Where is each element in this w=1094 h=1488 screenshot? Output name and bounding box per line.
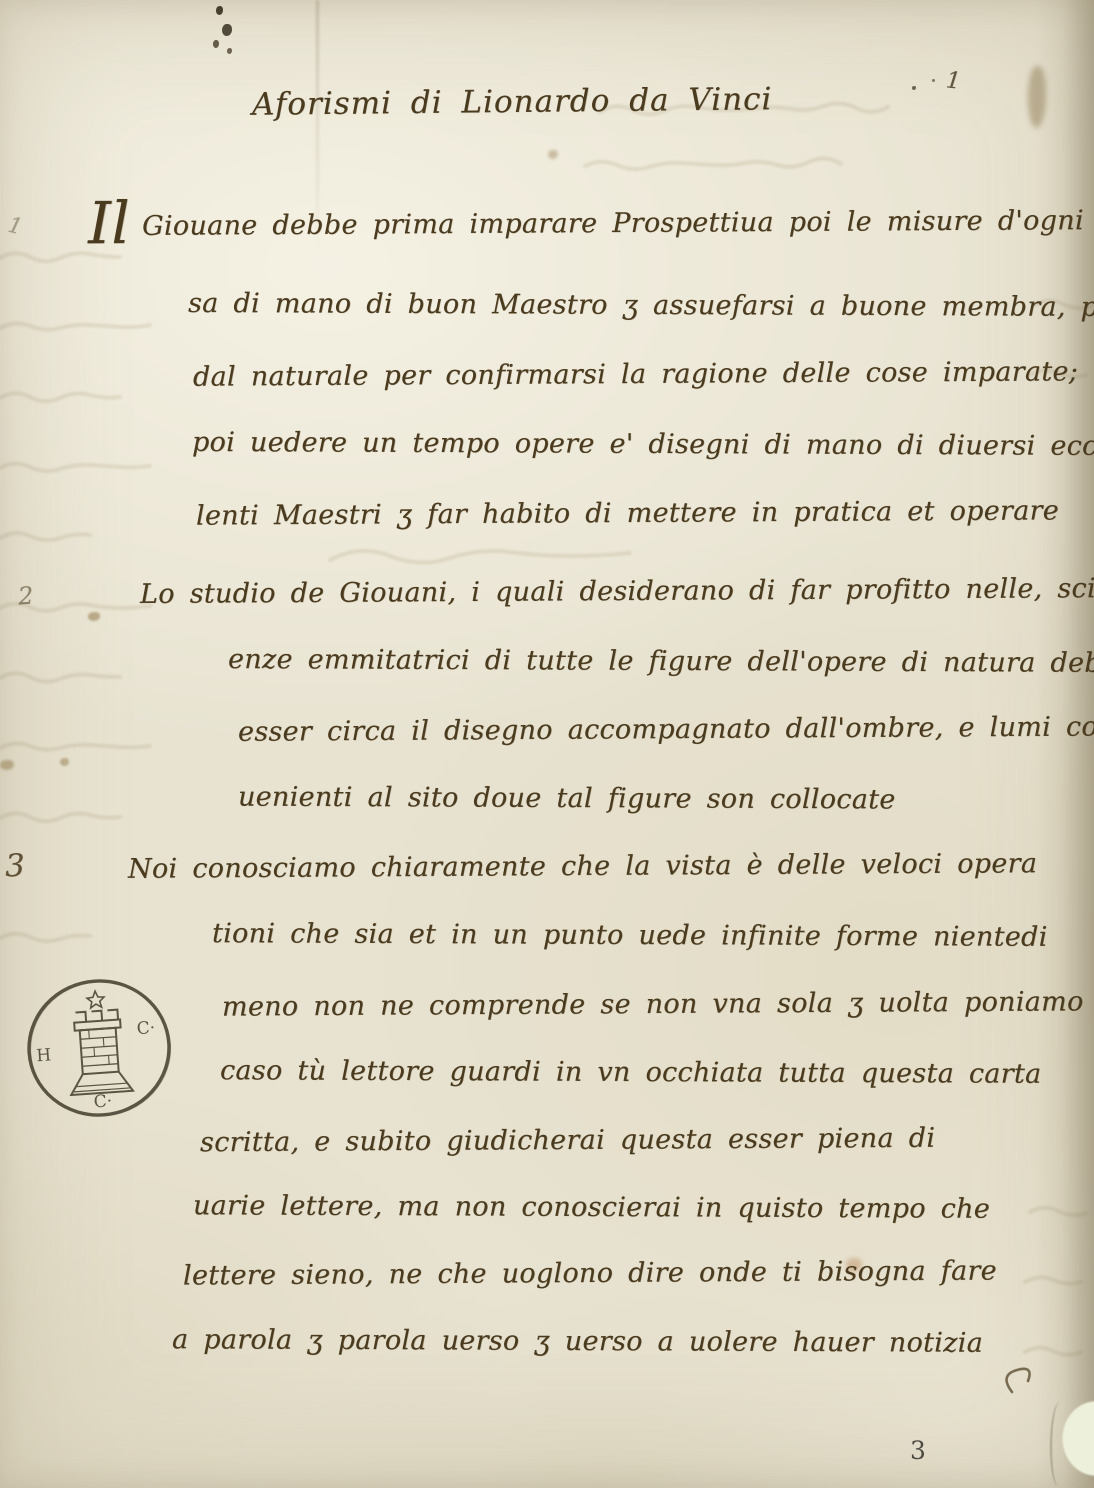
stain [88, 612, 100, 621]
stamp-letter-right: C· [136, 1018, 156, 1039]
page-number: 3 [910, 1436, 926, 1465]
page-title: Aforismi di Lionardo da Vinci [252, 81, 773, 122]
manuscript-page: Aforismi di Lionardo da Vinci 1 1 2 3 Il… [0, 0, 1094, 1488]
text-line: enze emmitatrici di tutte le figure dell… [228, 644, 1094, 679]
ink-spot [213, 40, 219, 48]
torn-edge-crease [1050, 1402, 1068, 1486]
stain [0, 760, 14, 770]
text-line: lettere sieno, ne che uoglono dire onde … [183, 1256, 997, 1292]
ink-spot [222, 24, 232, 36]
text-line: uarie lettere, ma non conoscierai in qui… [193, 1190, 990, 1224]
text-line: lenti Maestri ʒ far habito di mettere in… [196, 495, 1059, 531]
stamp-letter-bottom: C· [93, 1091, 113, 1112]
text-line: uenienti al sito doue tal figure son col… [238, 782, 896, 816]
text-line: dal naturale per confirmarsi la ragione … [193, 356, 1078, 392]
text-line: tioni che sia et in un punto uede infini… [212, 918, 1048, 953]
text-line: a parola ʒ parola uerso ʒ uerso a uolere… [172, 1324, 983, 1359]
ink-spot [227, 48, 232, 54]
text-line: Noi conosciamo chiaramente che la vista … [128, 848, 1037, 885]
paragraph-number-1: 1 [5, 213, 25, 241]
text-line: Lo studio de Giouani, i quali desiderano… [140, 573, 1094, 610]
ink-spot [216, 6, 223, 15]
stain [548, 150, 558, 159]
stain [1028, 66, 1046, 128]
flourished-initial: Il [88, 189, 130, 257]
ink-dot [912, 86, 916, 90]
paragraph-number-2: 2 [17, 582, 34, 611]
text-line: meno non ne comprende se non vna sola ʒ … [222, 986, 1084, 1022]
text-line-rest: Giouane debbe prima imparare Prospettiua… [142, 205, 1094, 242]
text-line: IlGiouane debbe prima imparare Prospetti… [88, 205, 1094, 243]
text-line: sa di mano di buon Maestro ʒ assuefarsi … [188, 288, 1094, 323]
tower-icon [64, 989, 133, 1095]
stain [60, 758, 69, 766]
stamp-letter-left: H [36, 1045, 52, 1066]
text-line: scritta, e subito giudicherai questa ess… [200, 1123, 935, 1158]
text-line: poi uedere un tempo opere e' disegni di … [192, 427, 1094, 462]
folio-number: 1 [945, 67, 962, 94]
library-stamp: H C· C· [19, 967, 179, 1129]
text-line: caso tù lettore guardi in vn occhiata tu… [220, 1055, 1042, 1090]
paragraph-number-3: 3 [4, 848, 25, 885]
ink-dot [932, 79, 935, 82]
text-line: esser circa il disegno accompagnato dall… [238, 711, 1094, 748]
